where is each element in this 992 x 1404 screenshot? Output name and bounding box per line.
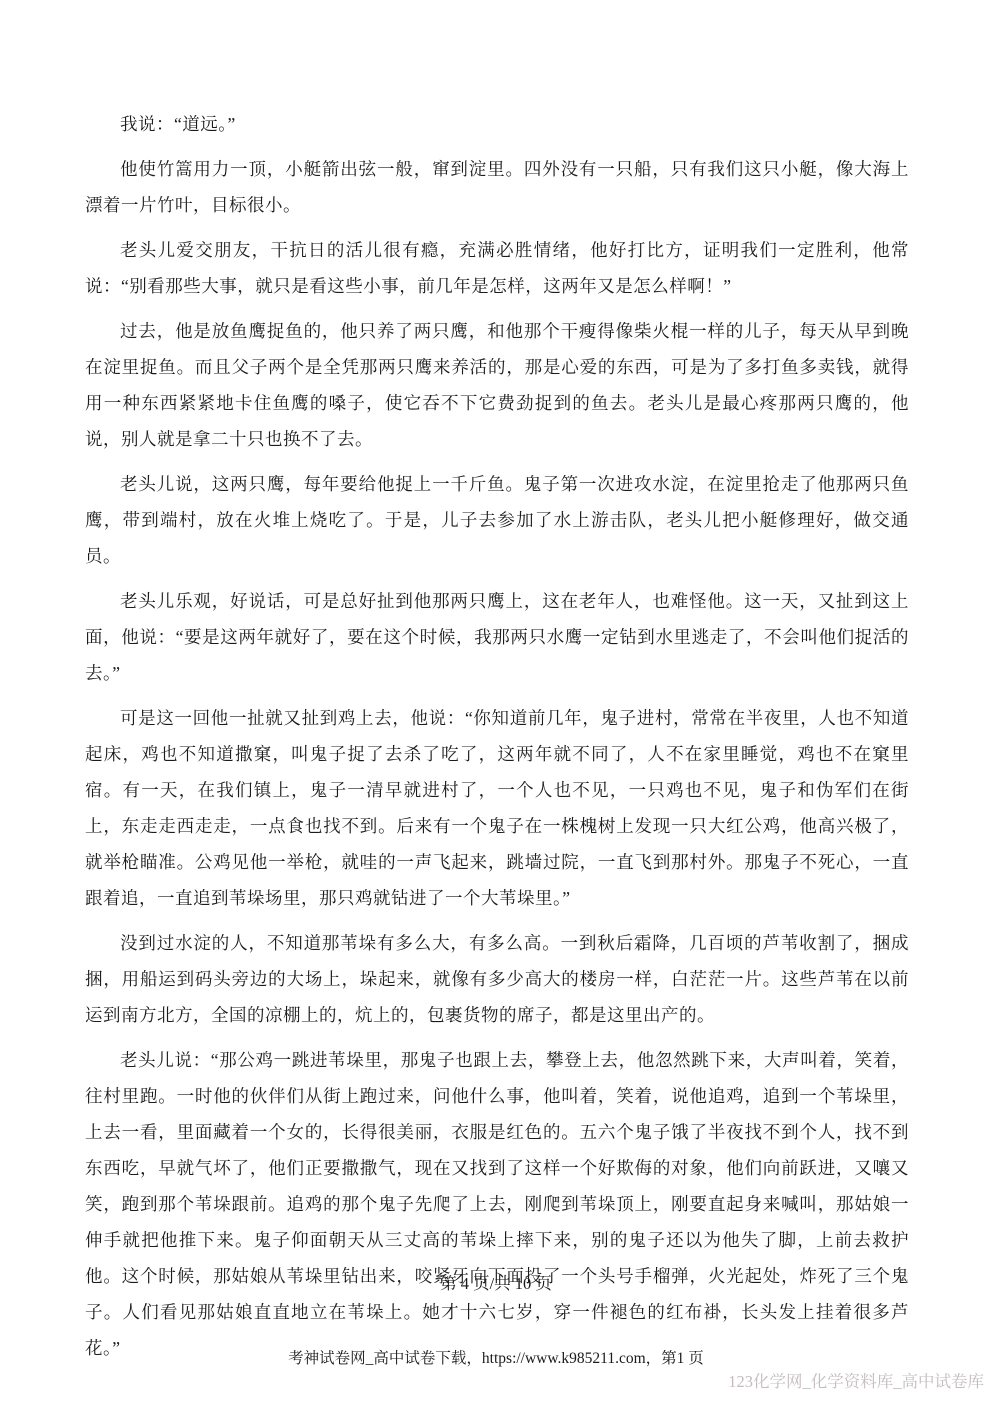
paragraph: 老头儿乐观，好说话，可是总好扯到他那两只鹰上，这在老年人，也难怪他。这一天，又扯… <box>85 583 909 691</box>
paragraph: 老头儿说，这两只鹰，每年要给他捉上一千斤鱼。鬼子第一次进攻水淀，在淀里抢走了他那… <box>85 466 909 574</box>
paragraph: 我说：“道远。” <box>85 106 909 142</box>
document-page: 我说：“道远。” 他使竹篙用力一顶，小艇箭出弦一般，窜到淀里。四外没有一只船，只… <box>0 0 992 1404</box>
paragraph: 过去，他是放鱼鹰捉鱼的，他只养了两只鹰，和他那个干瘦得像柴火棍一样的儿子，每天从… <box>85 313 909 457</box>
paragraph: 老头儿说：“那公鸡一跳进苇垛里，那鬼子也跟上去，攀登上去，他忽然跳下来，大声叫着… <box>85 1042 909 1366</box>
paragraph: 他使竹篙用力一顶，小艇箭出弦一般，窜到淀里。四外没有一只船，只有我们这只小艇，像… <box>85 151 909 223</box>
paragraph: 可是这一回他一扯就又扯到鸡上去，他说：“你知道前几年，鬼子进村，常常在半夜里，人… <box>85 700 909 916</box>
footer-site-note: 考神试卷网_高中试卷下载，https://www.k985211.com，第1 … <box>0 1348 992 1370</box>
watermark-text: 123化学网_化学资料库_高中试卷库 <box>728 1370 984 1394</box>
passage-body: 我说：“道远。” 他使竹篙用力一顶，小艇箭出弦一般，窜到淀里。四外没有一只船，只… <box>85 106 909 1375</box>
paragraph: 没到过水淀的人，不知道那苇垛有多么大，有多么高。一到秋后霜降，几百顷的芦苇收割了… <box>85 925 909 1033</box>
page-number: 第 4 页/共 10 页 <box>0 1272 992 1296</box>
paragraph: 老头儿爱交朋友，干抗日的活儿很有瘾，充满必胜情绪，他好打比方，证明我们一定胜利，… <box>85 232 909 304</box>
